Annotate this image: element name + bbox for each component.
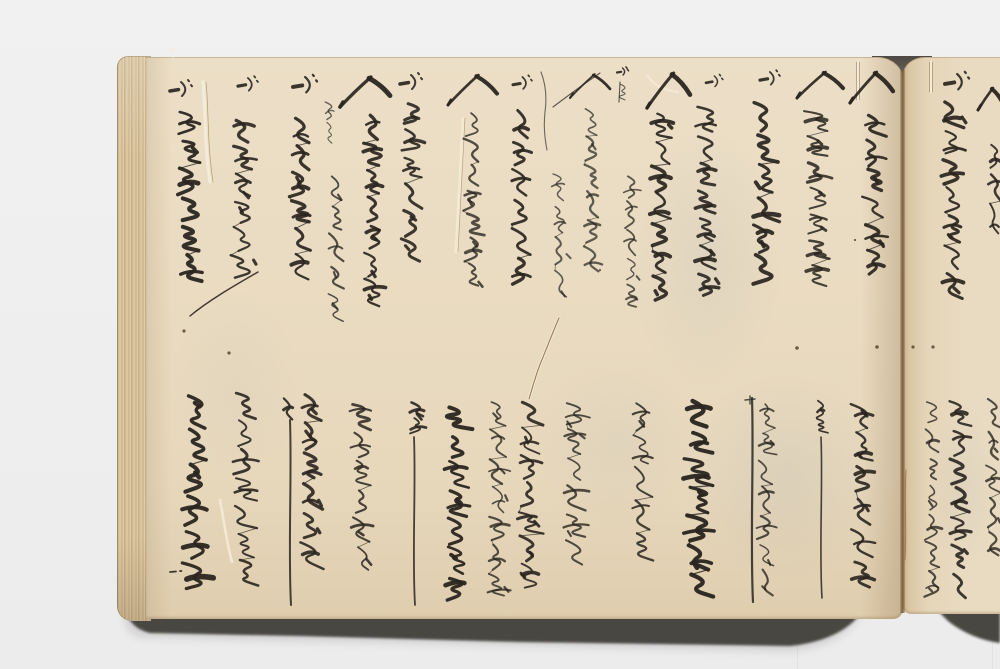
entry-mark: 入	[654, 73, 675, 91]
entry-amount: 金壱朱 弐百文	[700, 94, 721, 208]
entry-mark: ゞ	[512, 77, 533, 95]
ledger-name: 了ん伊兵衛	[564, 397, 586, 568]
entry-mark: 入	[982, 85, 1000, 103]
entry-mark: 入	[808, 72, 829, 90]
ledger-name: 紫屋浜之丞	[299, 390, 321, 572]
photo-background: 入金弐 拾文 入金壱朱 七十文 ゞ金弐百文 ゞ金壱朱 弐百文 入金壱両弐分 外 …	[0, 0, 1000, 669]
entry-amount: 金弐 拾文	[862, 90, 883, 168]
entry-mark: ゞ	[292, 77, 313, 95]
ledger-name: 多田石次兵衛	[519, 397, 541, 592]
entry-amount: 金壱朱 七十文	[808, 90, 829, 204]
entry-mark: ゞ	[235, 78, 256, 96]
entry-note: 折 也 文	[549, 167, 571, 300]
entry-amount: 金壱三分	[512, 95, 533, 167]
ledger-entry: ゞ金壱朱壱分	[291, 77, 313, 282]
ledger-name: 与左衛門殿	[852, 397, 874, 592]
entry-amount: 金三百文	[403, 93, 424, 165]
ledger-entry: ゞ金弐両弐分	[179, 82, 201, 290]
ledger-name: 角屋甚兵衛	[689, 397, 711, 602]
entry-amount: 金壱両壱分	[360, 95, 381, 185]
ledger-entry: 入金壱両壱分	[359, 77, 381, 308]
ledger-name: 清水屋市兵衛	[751, 398, 773, 600]
entry-amount: 金壱両弐分	[654, 91, 675, 181]
margin-mark: ‐・	[168, 565, 184, 579]
ledger-name: 御堀浜 近殿	[488, 397, 510, 602]
entry-amount: 金	[982, 103, 1000, 121]
ledger-entry: ゞ金壱両弐分	[944, 74, 966, 302]
entry-mark: ゞ	[403, 75, 424, 93]
ledger-entry: 入金壱両弐分	[653, 73, 675, 305]
ledger-entry: ゞ金弐分壱分	[234, 78, 256, 282]
ledger-entry: 入金壱両拾五文	[462, 75, 484, 290]
entry-annotation: ゞ十	[614, 68, 630, 102]
entry-amount: 金壱両拾五文	[463, 93, 484, 201]
entry-mark: 入	[463, 75, 484, 93]
entry-mark: ゞ	[757, 72, 778, 90]
entry-mark: ゞ	[945, 74, 966, 92]
entry-note: 外 也 文	[621, 170, 643, 312]
entry-mark: 入	[360, 77, 381, 95]
entry-mark: ゞ	[700, 76, 721, 94]
ledger-entry: 入金壱朱 御	[581, 72, 603, 275]
ledger-entry: ゞ金壱朱 弐百文	[699, 76, 721, 300]
entry-amount: 金弐百文	[757, 90, 778, 162]
entry-amount: 金壱朱 御	[582, 90, 603, 168]
ledger-name: 了ん伊兵衛	[351, 400, 373, 575]
ledger-entry: 入金	[981, 85, 1000, 235]
entry-mark: 入	[862, 72, 883, 90]
ledger-name: 了ん伊右衛門	[632, 400, 654, 565]
ditto-entry: 切	[279, 397, 301, 605]
entry-note: 折 也 文	[326, 172, 348, 324]
entry-amount: 金弐両弐分	[180, 100, 201, 190]
ledger-name: 没ん丸 拾舞	[922, 396, 944, 600]
entry-amount: 金壱朱壱分	[292, 95, 313, 185]
ditto-entry: 切ゞ	[810, 400, 832, 598]
entry-amount: 金弐分壱分	[235, 96, 256, 186]
ledger-entry: ゞ金三百文	[402, 75, 424, 265]
entry-mark: ゞ	[180, 82, 201, 100]
ledger-name: 乃郷出備扣	[949, 398, 971, 602]
ledger-name: 打越市之丞	[446, 403, 468, 605]
entry-mark: 入	[582, 72, 603, 90]
ledger-entry: ゞ金弐百文	[756, 72, 778, 288]
transcription-layer: 入金弐 拾文 入金壱朱 七十文 ゞ金弐百文 ゞ金壱朱 弐百文 入金壱両弐分 外 …	[0, 0, 1000, 669]
ledger-name: 麹作 仁	[186, 393, 208, 595]
ledger-entry: ゞ金壱三分	[511, 77, 533, 287]
ledger-entry: 入金壱朱 七十文	[807, 72, 829, 290]
ledger-name: 帰女 桶屋宛	[234, 390, 256, 590]
entry-annotation: 十合	[322, 98, 338, 144]
ditto-entry: 切ゞ	[407, 400, 429, 605]
ledger-name: 升猪伊兵衛	[982, 396, 1000, 562]
ledger-entry: 入金弐 拾文	[861, 72, 883, 278]
entry-amount: 金壱両弐分	[945, 92, 966, 182]
